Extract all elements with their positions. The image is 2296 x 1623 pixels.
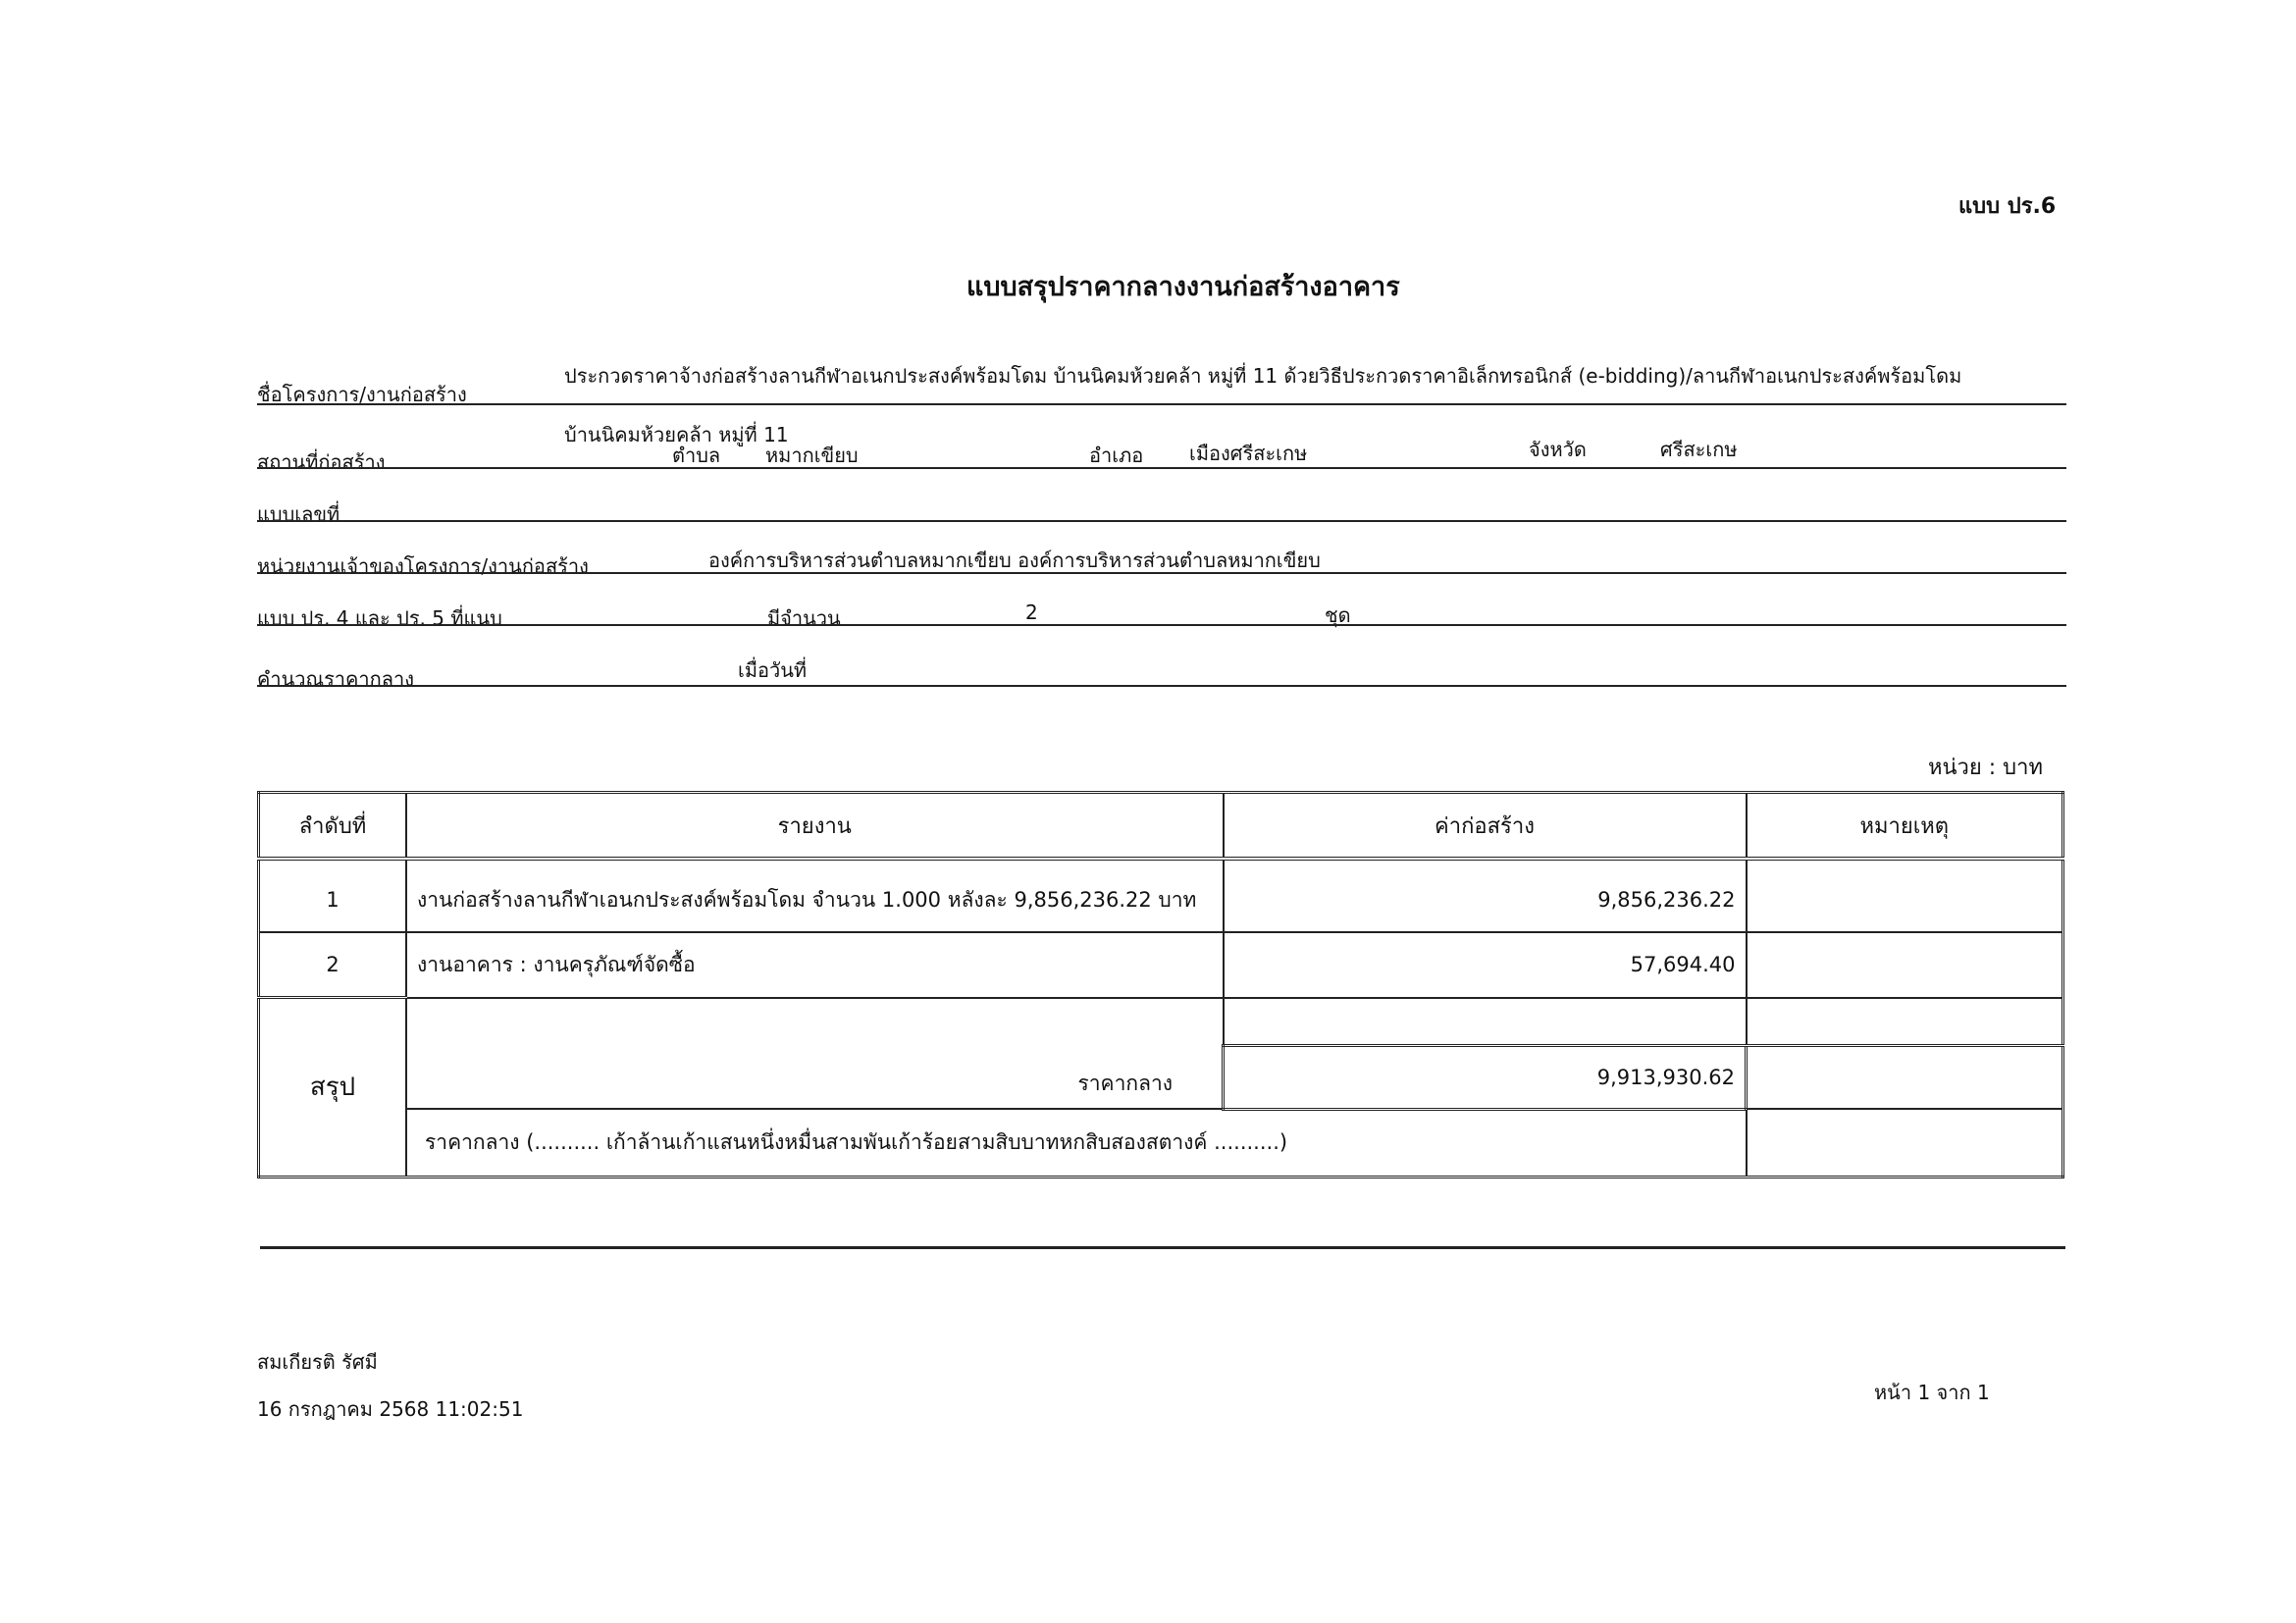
signer-name: สมเกียรติ รัศมี <box>257 1346 378 1378</box>
median-price-label: ราคากลาง <box>417 1068 1212 1100</box>
project-value: ประกวดราคาจ้างก่อสร้างลานกีฬาอเนกประสงค์… <box>564 360 1961 392</box>
province-value: ศรีสะเกษ <box>1660 434 1738 465</box>
calc-date-label: เมื่อวันที่ <box>738 654 807 686</box>
total-value: 9,913,930.62 <box>1224 1045 1747 1109</box>
province-label: จังหวัด <box>1529 434 1587 465</box>
district-value: เมืองศรีสะเกษ <box>1189 438 1307 469</box>
summary-median-label-cell: ราคากลาง <box>406 998 1224 1110</box>
row-cost: 57,694.40 <box>1224 932 1747 998</box>
table-row: 1 งานก่อสร้างลานกีฬาเอนกประสงค์พร้อมโดม … <box>259 859 2063 932</box>
header-no: ลำดับที่ <box>259 793 407 860</box>
location-label: สถานที่ก่อสร้าง <box>257 446 385 478</box>
table-header-row: ลำดับที่ รายงาน ค่าก่อสร้าง หมายเหตุ <box>259 793 2063 860</box>
footer-divider <box>260 1246 2065 1249</box>
attach-underline <box>257 624 2066 626</box>
row-description: งานอาคาร : งานครุภัณฑ์จัดซื้อ <box>406 932 1224 998</box>
row-no: 1 <box>259 859 407 932</box>
calc-label: คำนวณราคากลาง <box>257 663 414 695</box>
row-note <box>1747 859 2063 932</box>
attach-unit: ชุด <box>1325 600 1351 631</box>
attach-count-value: 2 <box>1025 601 1038 624</box>
row-no: 2 <box>259 932 407 998</box>
page-title: แบบสรุปราคากลางงานก่อสร้างอาคาร <box>966 265 1400 307</box>
attach-count-label: มีจำนวน <box>767 602 841 634</box>
calc-date-underline <box>257 685 2066 687</box>
header-note: หมายเหตุ <box>1747 793 2063 860</box>
summary-label: สรุป <box>259 998 407 1178</box>
drawing-no-label: แบบเลขที่ <box>257 498 339 530</box>
cost-summary-table: ลำดับที่ รายงาน ค่าก่อสร้าง หมายเหตุ 1 ง… <box>257 791 2064 1178</box>
project-label: ชื่อโครงการ/งานก่อสร้าง <box>257 379 467 410</box>
owner-underline <box>257 572 2066 574</box>
owner-label: หน่วยงานเจ้าของโครงการ/งานก่อสร้าง <box>257 550 589 582</box>
printed-timestamp: 16 กรกฎาคม 2568 11:02:51 <box>257 1393 523 1425</box>
location-underline <box>257 467 2066 469</box>
words-row: ราคากลาง (.......... เก้าล้านเก้าแสนหนึ่… <box>259 1109 2063 1177</box>
drawing-no-underline <box>257 520 2066 522</box>
attach-label: แบบ ปร. 4 และ ปร. 5 ที่แนบ <box>257 602 502 634</box>
page-info: หน้า 1 จาก 1 <box>1874 1377 1990 1408</box>
spacer-row: สรุป ราคากลาง <box>259 998 2063 1046</box>
project-underline <box>257 403 2066 405</box>
unit-label: หน่วย : บาท <box>1928 750 2043 784</box>
form-code: แบบ ปร.6 <box>1958 188 2056 223</box>
header-description: รายงาน <box>406 793 1224 860</box>
table-row: 2 งานอาคาร : งานครุภัณฑ์จัดซื้อ 57,694.4… <box>259 932 2063 998</box>
row-note <box>1747 932 2063 998</box>
row-description: งานก่อสร้างลานกีฬาเอนกประสงค์พร้อมโดม จำ… <box>406 859 1224 932</box>
total-in-words: ราคากลาง (.......... เก้าล้านเก้าแสนหนึ่… <box>406 1109 1747 1177</box>
row-cost: 9,856,236.22 <box>1224 859 1747 932</box>
header-cost: ค่าก่อสร้าง <box>1224 793 1747 860</box>
